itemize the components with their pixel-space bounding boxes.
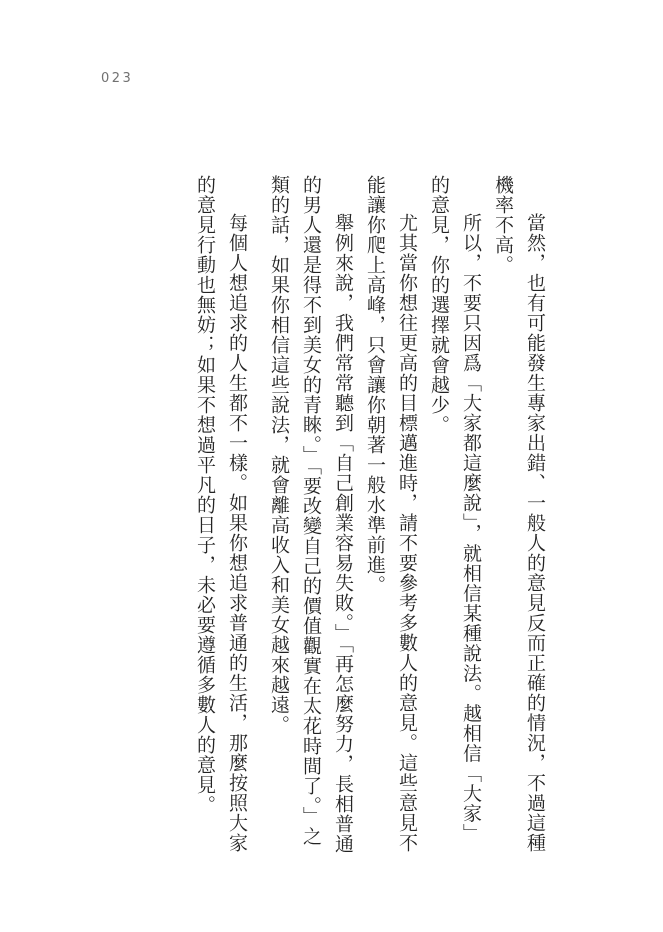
paragraph-2: 所以，不要只因爲「大家都這麼說」，就相信某種說法。越相信「大家」的意見，你的選擇… [423,175,487,857]
page-number: 023 [101,71,133,86]
book-page: 023 當然，也有可能發生專家出錯、一般人的意見反而正確的情況，不過這種機率不高… [0,0,663,932]
paragraph-1: 當然，也有可能發生專家出錯、一般人的意見反而正確的情況，不過這種機率不高。 [487,175,551,857]
body-text: 當然，也有可能發生專家出錯、一般人的意見反而正確的情況，不過這種機率不高。 所以… [189,175,551,857]
paragraph-5: 每個人想追求的人生都不一樣。如果你想追求普通的生活，那麼按照大家的意見行動也無妨… [189,175,253,857]
paragraph-3: 尤其當你想往更高的目標邁進時，請不要參考多數人的意見。這些意見不能讓你爬上高峰，… [359,175,423,857]
paragraph-4: 舉例來說，我們常常聽到「自己創業容易失敗。」「再怎麼努力，長相普通的男人還是得不… [263,175,359,857]
